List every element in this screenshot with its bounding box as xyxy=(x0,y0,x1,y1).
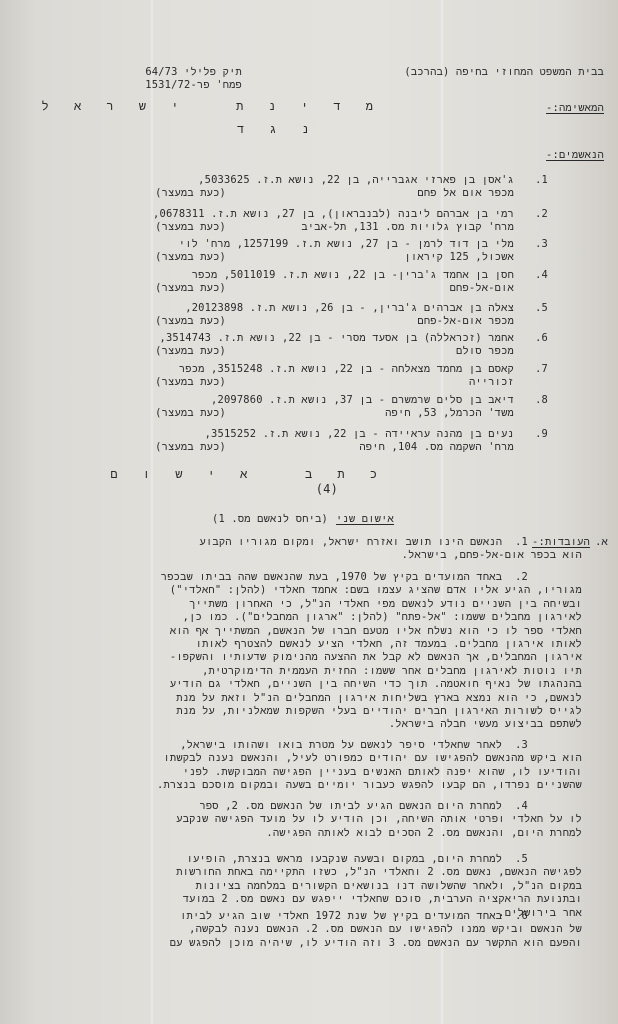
police-file-number: פמח' פר-1531/72 xyxy=(145,79,242,92)
defendant-line: חסן בן אחמד ג'ברין- בן 22, נושא ת.ז. 501… xyxy=(192,269,514,282)
defendant-address: מרח' קבוץ גלויות מס. 131, תל-אביב xyxy=(301,221,514,234)
defendant-status: (כעת במעצר) xyxy=(155,187,226,200)
court-heading: בבית המשפט המחוזי בחיפה (בהרכב) xyxy=(404,66,604,79)
defendant-line: ג'אסן בן פארזי אגברייה, בן 22, נושא ת.ז.… xyxy=(198,174,514,187)
facts-line: לאירגון מחבלים ששמו: "אל-פתח" (להלן: "אר… xyxy=(183,611,582,624)
defendant-status: (כעת במעצר) xyxy=(155,376,226,389)
defendant-status: (כעת במעצר) xyxy=(155,441,226,454)
defendant-address: מכפר סולם xyxy=(456,345,514,358)
defendant-number: 6. xyxy=(535,332,548,345)
defendant-line: אחמר (זכראללה) בן אסעד מסרי - בן 22, נוש… xyxy=(159,332,514,345)
defendant-line: רמי בן אברהם ליבנה (לבנבראון), בן 27, נו… xyxy=(153,208,514,221)
versus-label: נ ג ד xyxy=(237,123,318,136)
defendant-line: דיאב בן סלים שרמשרם - בן 37, נושא ת.ז. 2… xyxy=(211,394,514,407)
facts-line: ובשיחה בין השניים נודע לנאשם מפי חאלדי ה… xyxy=(189,598,582,611)
facts-line: 4. למחרת היום הנאשם הגיע לביתו של הנאשם … xyxy=(199,800,528,813)
defendant-line: נעים בן מהנה עראיידה - בן 22, נושא ת.ז. … xyxy=(205,428,514,441)
facts-line: 1. הנאשם הינו תושב ואזרח ישראל, ומקום מג… xyxy=(200,536,528,549)
defendant-number: 7. xyxy=(535,363,548,376)
defendants-label: הנאשמים:- xyxy=(546,149,604,162)
facts-line: 5. למחרת היום, במקום ובשעה שנקבעו מראש ב… xyxy=(187,853,528,866)
facts-label: העובדות:- xyxy=(532,536,590,549)
facts-line: 3. לאחר שחאלדי סיפר לנאשם על מטרת בואו ו… xyxy=(180,739,528,752)
defendant-status: (כעת במעצר) xyxy=(155,282,226,295)
defendant-status: (כעת במעצר) xyxy=(155,345,226,358)
indictment-number: (4) xyxy=(316,483,338,496)
facts-line: ובתנועת הריאקציה הערבית, סוכם שחאלדי ייפ… xyxy=(183,893,582,906)
defendant-number: 8. xyxy=(535,394,548,407)
defendant-address: מרח' השקמה מס. 104, חיפה xyxy=(359,441,514,454)
facts-line: לאותו אירגון מחבלים. במעמד זה, חאלדי הצי… xyxy=(196,638,582,651)
defendant-number: 9. xyxy=(535,428,548,441)
defendant-number: 1. xyxy=(535,174,548,187)
defendant-address: מכפר אום-אל-פחם xyxy=(417,315,514,328)
facts-line: בהנהגתו של נאיף חואטמה. תוך כדי השיחה בי… xyxy=(170,678,582,691)
facts-line: והפעם הוא התקשר עם הנאשם מס. 3 וזה הודיע… xyxy=(170,937,582,950)
facts-line: לשתפם בביצוע מעשי חבלה בישראל. xyxy=(389,718,582,731)
defendant-address: משד' הכרמל, 53, חיפה xyxy=(385,407,514,420)
facts-line: למחרת היום, והנאשם מס. 2 הסכים לבוא לאות… xyxy=(266,827,582,840)
indictment-title: כ ת ב א י ש ו ם xyxy=(110,468,386,481)
defendant-number: 3. xyxy=(535,238,548,251)
defendant-line: מלי בן דוד לרמן - בן 27, נושא ת.ז. 12571… xyxy=(179,238,514,251)
count-reference: (ביחס לנאשם מס. 1) xyxy=(212,513,328,526)
facts-line: הוא בכפר אום-אל-פחם, בישראל. xyxy=(402,549,582,562)
defendant-status: (כעת במעצר) xyxy=(155,315,226,328)
facts-line: חאלדי ספר לו כי הוא נשלח אליו מטעם חברו … xyxy=(170,625,582,638)
facts-line: והודיעו לו, שהוא יפנה לאותם האנשים בעניי… xyxy=(183,766,582,779)
defendant-number: 5. xyxy=(535,302,548,315)
defendant-line: צאלה בן אברהים ג'ברין, - בן 26, נושא ת.ז… xyxy=(185,302,514,315)
document-page: בבית המשפט המחוזי בחיפה (בהרכב) תיק פליל… xyxy=(0,0,618,1024)
prosecution-name: מ ד י נ ת י ש ר א ל xyxy=(42,100,382,113)
facts-line: מגוריו, הגיע אליו אדם שהציג עצמו בשם: אח… xyxy=(170,584,582,597)
section-letter: א. xyxy=(595,536,608,549)
facts-line: לפגישה הנאשם, נאשם מס. 2 וחאלדי הנ"ל, כש… xyxy=(176,866,582,879)
defendant-line: קאסם בן מחמד מצאלחה - בן 22, נושא ת.ז. 3… xyxy=(179,363,514,376)
defendant-address: זכורייה xyxy=(469,376,514,389)
facts-line: לו על חאלדי ופרטי אותה השיחה, וכן הודיע … xyxy=(176,813,582,826)
facts-line: במקום הנ"ל, ולאחר שהשלושה דנו בנושאים הק… xyxy=(196,880,582,893)
facts-line: הוא ביקש מהנאשם להפגישו עם יהודים כמפורט… xyxy=(163,752,582,765)
defendant-address: אום-אל-פחם xyxy=(450,282,514,295)
defendant-status: (כעת במעצר) xyxy=(155,221,226,234)
defendant-address: אשכול, 125 קיראון xyxy=(404,251,514,264)
defendant-number: 4. xyxy=(535,269,548,282)
defendant-address: מכפר אום אל פחם xyxy=(417,187,514,200)
count-title: אישום שני xyxy=(336,513,394,526)
facts-line: תיו נוטות לאירגון מחבלים אחר ששמו: החזית… xyxy=(202,665,582,678)
facts-line: שהשניים נפרדו, הם קבעו להפגש כעבור יומיי… xyxy=(157,779,582,792)
facts-line: 6. באחד המועדים בקיץ של שנת 1972 חאלדי ש… xyxy=(180,910,528,923)
facts-line: של הנאשם וביקש ממנו להפגישו עם הנאשם מס.… xyxy=(189,923,582,936)
defendant-status: (כעת במעצר) xyxy=(155,407,226,420)
defendant-number: 2. xyxy=(535,208,548,221)
case-number: תיק פלילי 64/73 xyxy=(145,66,242,79)
prosecution-label: המאשימה:- xyxy=(546,102,604,115)
facts-line: אירגון המחבלים, אך הנאשם לא קבל את ההצעה… xyxy=(170,651,582,664)
facts-line: לנאשם, כי הוא נמצא בארץ בשליחות אירגון ה… xyxy=(176,692,582,705)
defendant-status: (כעת במעצר) xyxy=(155,251,226,264)
facts-line: לגייס לשורות האירגון חברים יהודיים בעלי … xyxy=(176,705,582,718)
facts-line: 2. באחד המועדים בקיץ של 1970, בעת שהנאשם… xyxy=(161,571,528,584)
